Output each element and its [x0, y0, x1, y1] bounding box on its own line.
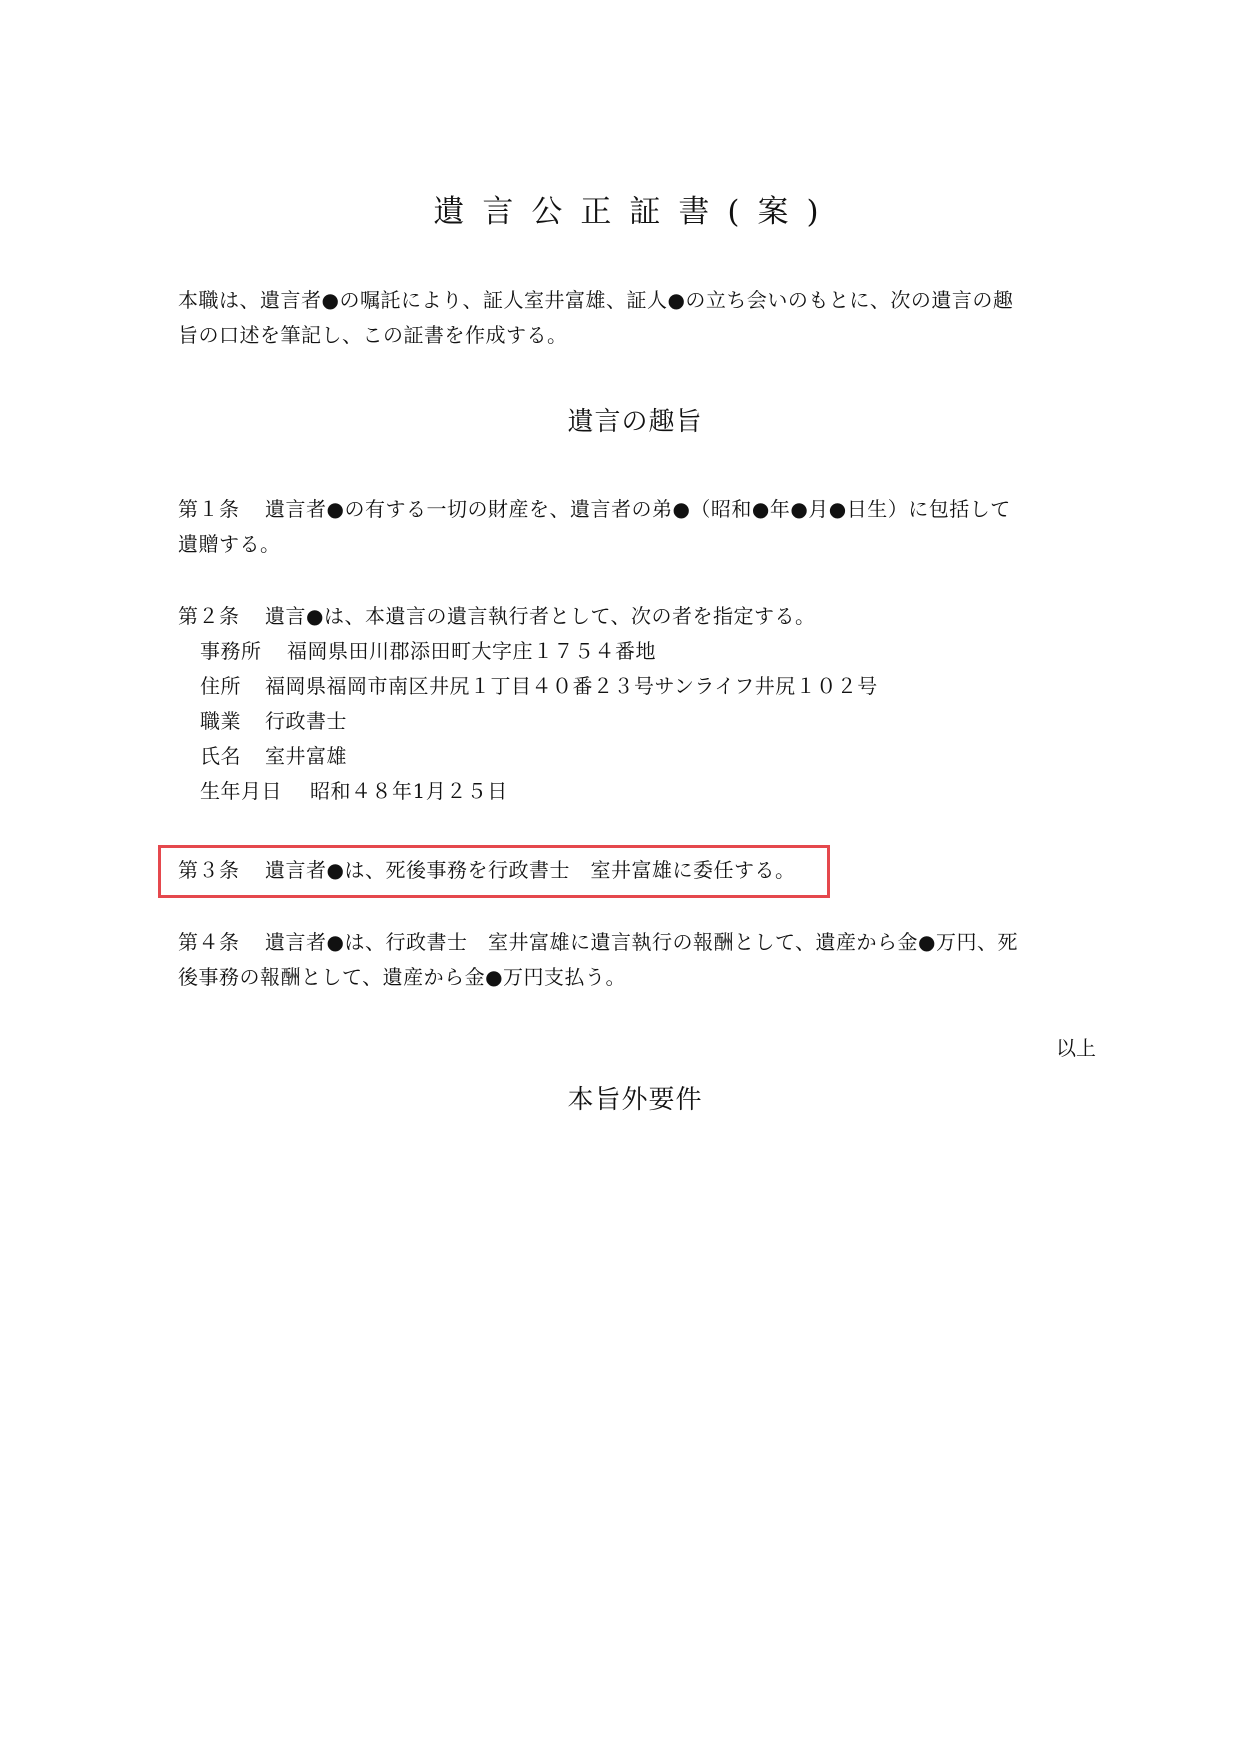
article-1-text-cont: 遺贈する。 — [178, 527, 1083, 562]
executor-name: 氏名室井富雄 — [178, 739, 1083, 774]
article-4-label: 第４条 — [178, 925, 265, 960]
executor-office-value: 福岡県田川郡添田町大字庄１７５４番地 — [287, 639, 656, 663]
article-3-text: 遺言者●は、死後事務を行政書士 室井富雄に委任する。 — [265, 858, 795, 882]
article-3: 第３条遺言者●は、死後事務を行政書士 室井富雄に委任する。 — [178, 853, 1083, 888]
executor-birthdate-value: 昭和４８年1月２５日 — [310, 779, 508, 803]
executor-name-label: 氏名 — [200, 739, 265, 774]
intro-line-2: 旨の口述を筆記し、この証書を作成する。 — [178, 318, 1083, 353]
footer-heading: 本旨外要件 — [0, 1083, 1240, 1117]
article-2-text: 遺言●は、本遺言の遺言執行者として、次の者を指定する。 — [265, 604, 816, 628]
article-2-label: 第２条 — [178, 599, 265, 634]
document-title: 遺言公正証書(案) — [0, 192, 1240, 232]
executor-name-value: 室井富雄 — [265, 744, 347, 768]
article-3-label: 第３条 — [178, 853, 265, 888]
intro-paragraph: 本職は、遺言者●の嘱託により、証人室井富雄、証人●の立ち会いのもとに、次の遺言の… — [178, 283, 1083, 353]
article-4: 第４条遺言者●は、行政書士 室井富雄に遺言執行の報酬として、遺産から金●万円、死… — [178, 925, 1083, 995]
closing-text: 以上 — [1056, 1033, 1096, 1063]
article-4-text-cont: 後事務の報酬として、遺産から金●万円支払う。 — [178, 960, 1083, 995]
executor-occupation-label: 職業 — [200, 704, 265, 739]
article-4-text: 遺言者●は、行政書士 室井富雄に遺言執行の報酬として、遺産から金●万円、死 — [265, 930, 1018, 954]
executor-birthdate: 生年月日昭和４８年1月２５日 — [178, 774, 1083, 809]
article-1-label: 第１条 — [178, 492, 265, 527]
intro-line-1: 本職は、遺言者●の嘱託により、証人室井富雄、証人●の立ち会いのもとに、次の遺言の… — [178, 283, 1083, 318]
executor-address: 住所福岡県福岡市南区井尻１丁目４０番２３号サンライフ井尻１０２号 — [178, 669, 1083, 704]
executor-address-value: 福岡県福岡市南区井尻１丁目４０番２３号サンライフ井尻１０２号 — [265, 674, 878, 698]
executor-address-label: 住所 — [200, 669, 265, 704]
article-1: 第１条遺言者●の有する一切の財産を、遺言者の弟●（昭和●年●月●日生）に包括して… — [178, 492, 1083, 562]
article-2: 第２条遺言●は、本遺言の遺言執行者として、次の者を指定する。 事務所福岡県田川郡… — [178, 599, 1083, 809]
executor-occupation: 職業行政書士 — [178, 704, 1083, 739]
executor-occupation-value: 行政書士 — [265, 709, 347, 733]
section-heading: 遺言の趣旨 — [0, 405, 1240, 439]
executor-birthdate-label: 生年月日 — [200, 774, 310, 809]
executor-office: 事務所福岡県田川郡添田町大字庄１７５４番地 — [178, 634, 1083, 669]
article-1-text: 遺言者●の有する一切の財産を、遺言者の弟●（昭和●年●月●日生）に包括して — [265, 497, 1011, 521]
executor-office-label: 事務所 — [200, 634, 287, 669]
document-page: 遺言公正証書(案) 本職は、遺言者●の嘱託により、証人室井富雄、証人●の立ち会い… — [0, 0, 1240, 1754]
